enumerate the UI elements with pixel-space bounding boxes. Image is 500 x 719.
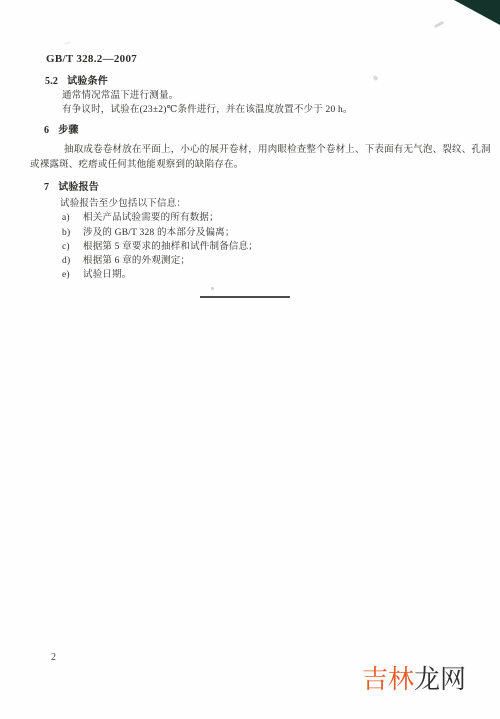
section-7-heading: 7试验报告 xyxy=(44,182,99,194)
watermark-text-dark: 龙网 xyxy=(414,664,466,694)
scan-artifact xyxy=(64,41,71,45)
watermark-text-orange: 吉林 xyxy=(362,664,414,694)
section-number: 6 xyxy=(44,125,49,137)
section-number: 5.2 xyxy=(45,76,58,88)
section-6-heading: 6步骤 xyxy=(44,125,79,137)
scan-artifact xyxy=(211,287,214,290)
list-item-letter: d) xyxy=(62,256,83,267)
list-item: a)相关产品试验需要的所有数据； xyxy=(62,213,219,224)
standard-number-header: GB/T 328.2—2007 xyxy=(46,53,137,66)
list-item-text: 涉及的 GB/T 328 的本部分及偏离； xyxy=(83,228,235,238)
page-corner-fold-icon xyxy=(454,0,500,25)
list-item: b)涉及的 GB/T 328 的本部分及偏离； xyxy=(62,228,235,239)
list-item-text: 根据第 5 章要求的抽样和试件制备信息； xyxy=(83,242,258,252)
list-item-letter: b) xyxy=(62,228,83,239)
section-title: 步骤 xyxy=(58,125,78,136)
end-of-text-rule xyxy=(200,296,290,298)
section-5-2-heading: 5.2试验条件 xyxy=(45,76,108,88)
document-page: GB/T 328.2—2007 5.2试验条件 通常情况常温下进行测量。 有争议… xyxy=(0,0,500,719)
list-item-text: 相关产品试验需要的所有数据； xyxy=(83,213,219,223)
page-number: 2 xyxy=(51,652,56,664)
paragraph-line: 有争议时，试验在(23±2)℃条件进行，并在该温度放置不少于 20 h。 xyxy=(62,105,353,116)
list-item-letter: c) xyxy=(62,242,83,253)
list-item-letter: a) xyxy=(62,213,83,224)
scan-artifact xyxy=(434,21,444,28)
paragraph-line: 或裸露斑、疙瘩或任何其他能观察到的缺陷存在。 xyxy=(30,160,243,171)
list-item-text: 根据第 6 章的外观测定； xyxy=(83,256,190,266)
watermark: 吉林龙网 xyxy=(362,666,466,692)
section-title: 试验条件 xyxy=(67,76,108,87)
paragraph-line: 通常情况常温下进行测量。 xyxy=(62,91,178,102)
list-item: d)根据第 6 章的外观测定； xyxy=(62,256,190,267)
section-number: 7 xyxy=(44,182,49,194)
list-item: e)试验日期。 xyxy=(62,270,132,281)
report-intro-line: 试验报告至少包括以下信息： xyxy=(60,199,186,210)
scan-artifact xyxy=(372,75,378,81)
list-item-text: 试验日期。 xyxy=(83,270,132,280)
list-item: c)根据第 5 章要求的抽样和试件制备信息； xyxy=(62,242,258,253)
list-item-letter: e) xyxy=(62,270,83,281)
paragraph-line: 抽取成卷卷材放在平面上，小心的展开卷材，用肉眼检查整个卷材上、下表面有无气泡、裂… xyxy=(64,145,491,156)
section-title: 试验报告 xyxy=(58,182,99,193)
